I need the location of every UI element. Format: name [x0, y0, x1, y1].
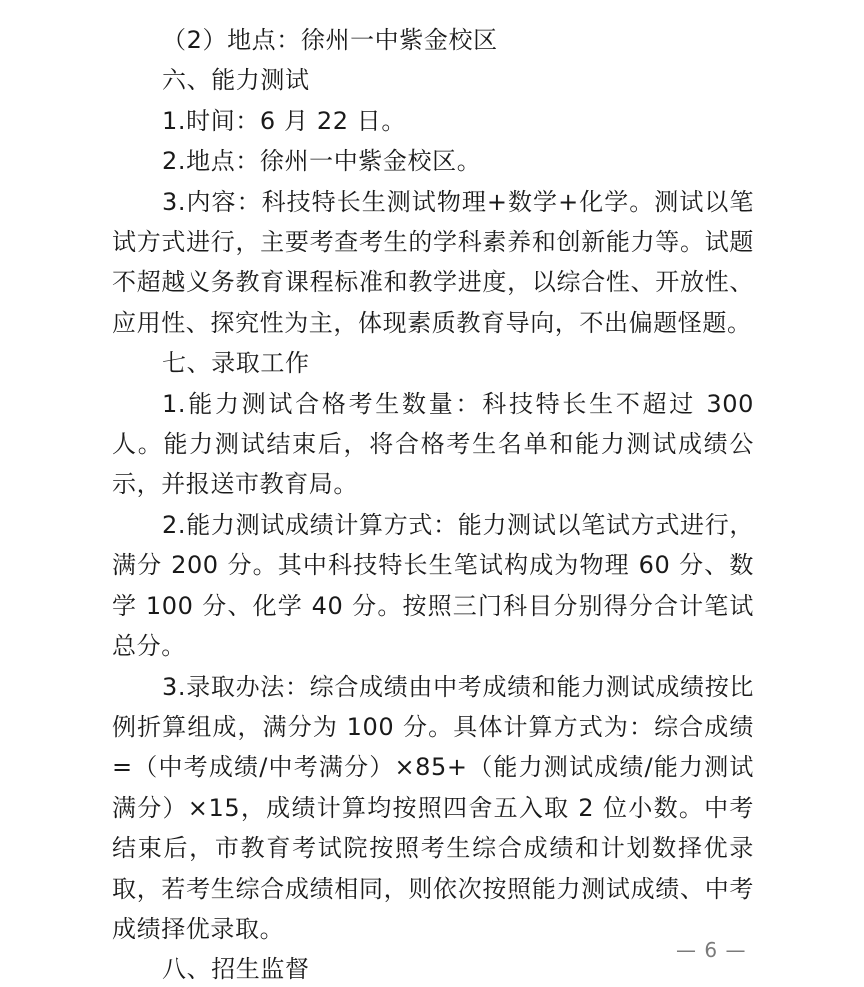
section-heading-supervision: 八、招生监督 [112, 949, 754, 987]
document-page: （2）地点：徐州一中紫金校区 六、能力测试 1.时间：6 月 22 日。 2.地… [112, 20, 754, 987]
test-content-item: 3.内容：科技特长生测试物理+数学+化学。测试以笔试方式进行，主要考查考生的学科… [112, 182, 754, 344]
test-time-item: 1.时间：6 月 22 日。 [112, 101, 754, 141]
test-location-item: 2.地点：徐州一中紫金校区。 [112, 141, 754, 181]
qualified-count-item: 1.能力测试合格考生数量：科技特长生不超过 300 人。能力测试结束后，将合格考… [112, 384, 754, 505]
admission-method-item: 3.录取办法：综合成绩由中考成绩和能力测试成绩按比例折算组成，满分为 100 分… [112, 667, 754, 950]
section-heading-admission: 七、录取工作 [112, 343, 754, 383]
score-calculation-item: 2.能力测试成绩计算方式：能力测试以笔试方式进行，满分 200 分。其中科技特长… [112, 505, 754, 667]
page-number: — 6 — [676, 938, 746, 962]
section-heading-ability-test: 六、能力测试 [112, 60, 754, 100]
location-item: （2）地点：徐州一中紫金校区 [112, 20, 754, 60]
